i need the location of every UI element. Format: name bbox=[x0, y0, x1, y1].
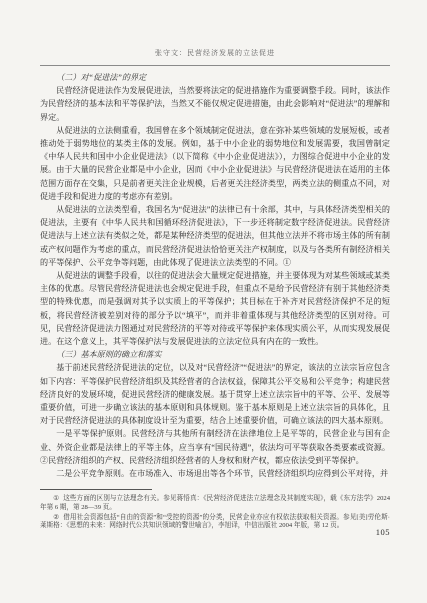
header-rule bbox=[40, 65, 390, 66]
footnote-text: 借用社会资源包括“自由的资源”和“受控的资源”的分类，民营企业亦应有权依法获取相… bbox=[40, 514, 390, 530]
footnote-separator bbox=[40, 489, 152, 490]
body-paragraph: 二是公平竞争原则。在市场准入、市场退出等各个环节，民营经济组织均应得到公平对待，… bbox=[40, 467, 390, 480]
page-number: 105 bbox=[376, 527, 390, 537]
body-paragraph: 一是平等保护原则。民营经济与其他所有制经济在法律地位上是平等的，民营企业与国有企… bbox=[40, 427, 390, 467]
document-page: 张守文：民营经济发展的立法促进 （二）对“促进法”的界定 民营经济促进法作为发展… bbox=[0, 0, 427, 603]
body-paragraph: 基于前述民营经济促进法的定位，以及对“民营经济”“促进法”的界定，该法的立法宗旨… bbox=[40, 361, 390, 427]
footnote-text: 这些方面的区别与立法理念有关。参见蒋悟真：《民营经济促进法立法理念及其制度实现》… bbox=[40, 495, 390, 511]
body-paragraph: 从促进法的立法侧重看，我国曾在多个领域制定促进法，意在弥补某些领域的发展短板，或… bbox=[40, 124, 390, 203]
footnote-marker: ② bbox=[53, 514, 59, 521]
section-heading: （二）对“促进法”的界定 bbox=[40, 71, 390, 84]
section-heading: （三）基本原则的确立和落实 bbox=[40, 348, 390, 361]
body-paragraph: 从促进法的立法类型看，我国名为“促进法”的法律已有十余部，其中，与具体经济类型相… bbox=[40, 203, 390, 269]
body-paragraph: 民营经济促进法作为发展促进法，当然要将法定的促进措施作为重要调整手段。同时，该法… bbox=[40, 84, 390, 124]
footnotes: ①这些方面的区别与立法理念有关。参见蒋悟真：《民营经济促进法立法理念及其制度实现… bbox=[40, 495, 390, 532]
footnote: ①这些方面的区别与立法理念有关。参见蒋悟真：《民营经济促进法立法理念及其制度实现… bbox=[40, 495, 390, 513]
footnote: ②借用社会资源包括“自由的资源”和“受控的资源”的分类，民营企业亦应有权依法获取… bbox=[40, 514, 390, 532]
body-paragraph: 从促进法的调整手段看，以往的促进法会大量规定促进措施，并主要体现为对某些领域或某… bbox=[40, 269, 390, 348]
running-header: 张守文：民营经济发展的立法促进 bbox=[40, 48, 390, 58]
body-text: （二）对“促进法”的界定 民营经济促进法作为发展促进法，当然要将法定的促进措施作… bbox=[40, 71, 390, 480]
footnote-marker: ① bbox=[53, 495, 59, 502]
